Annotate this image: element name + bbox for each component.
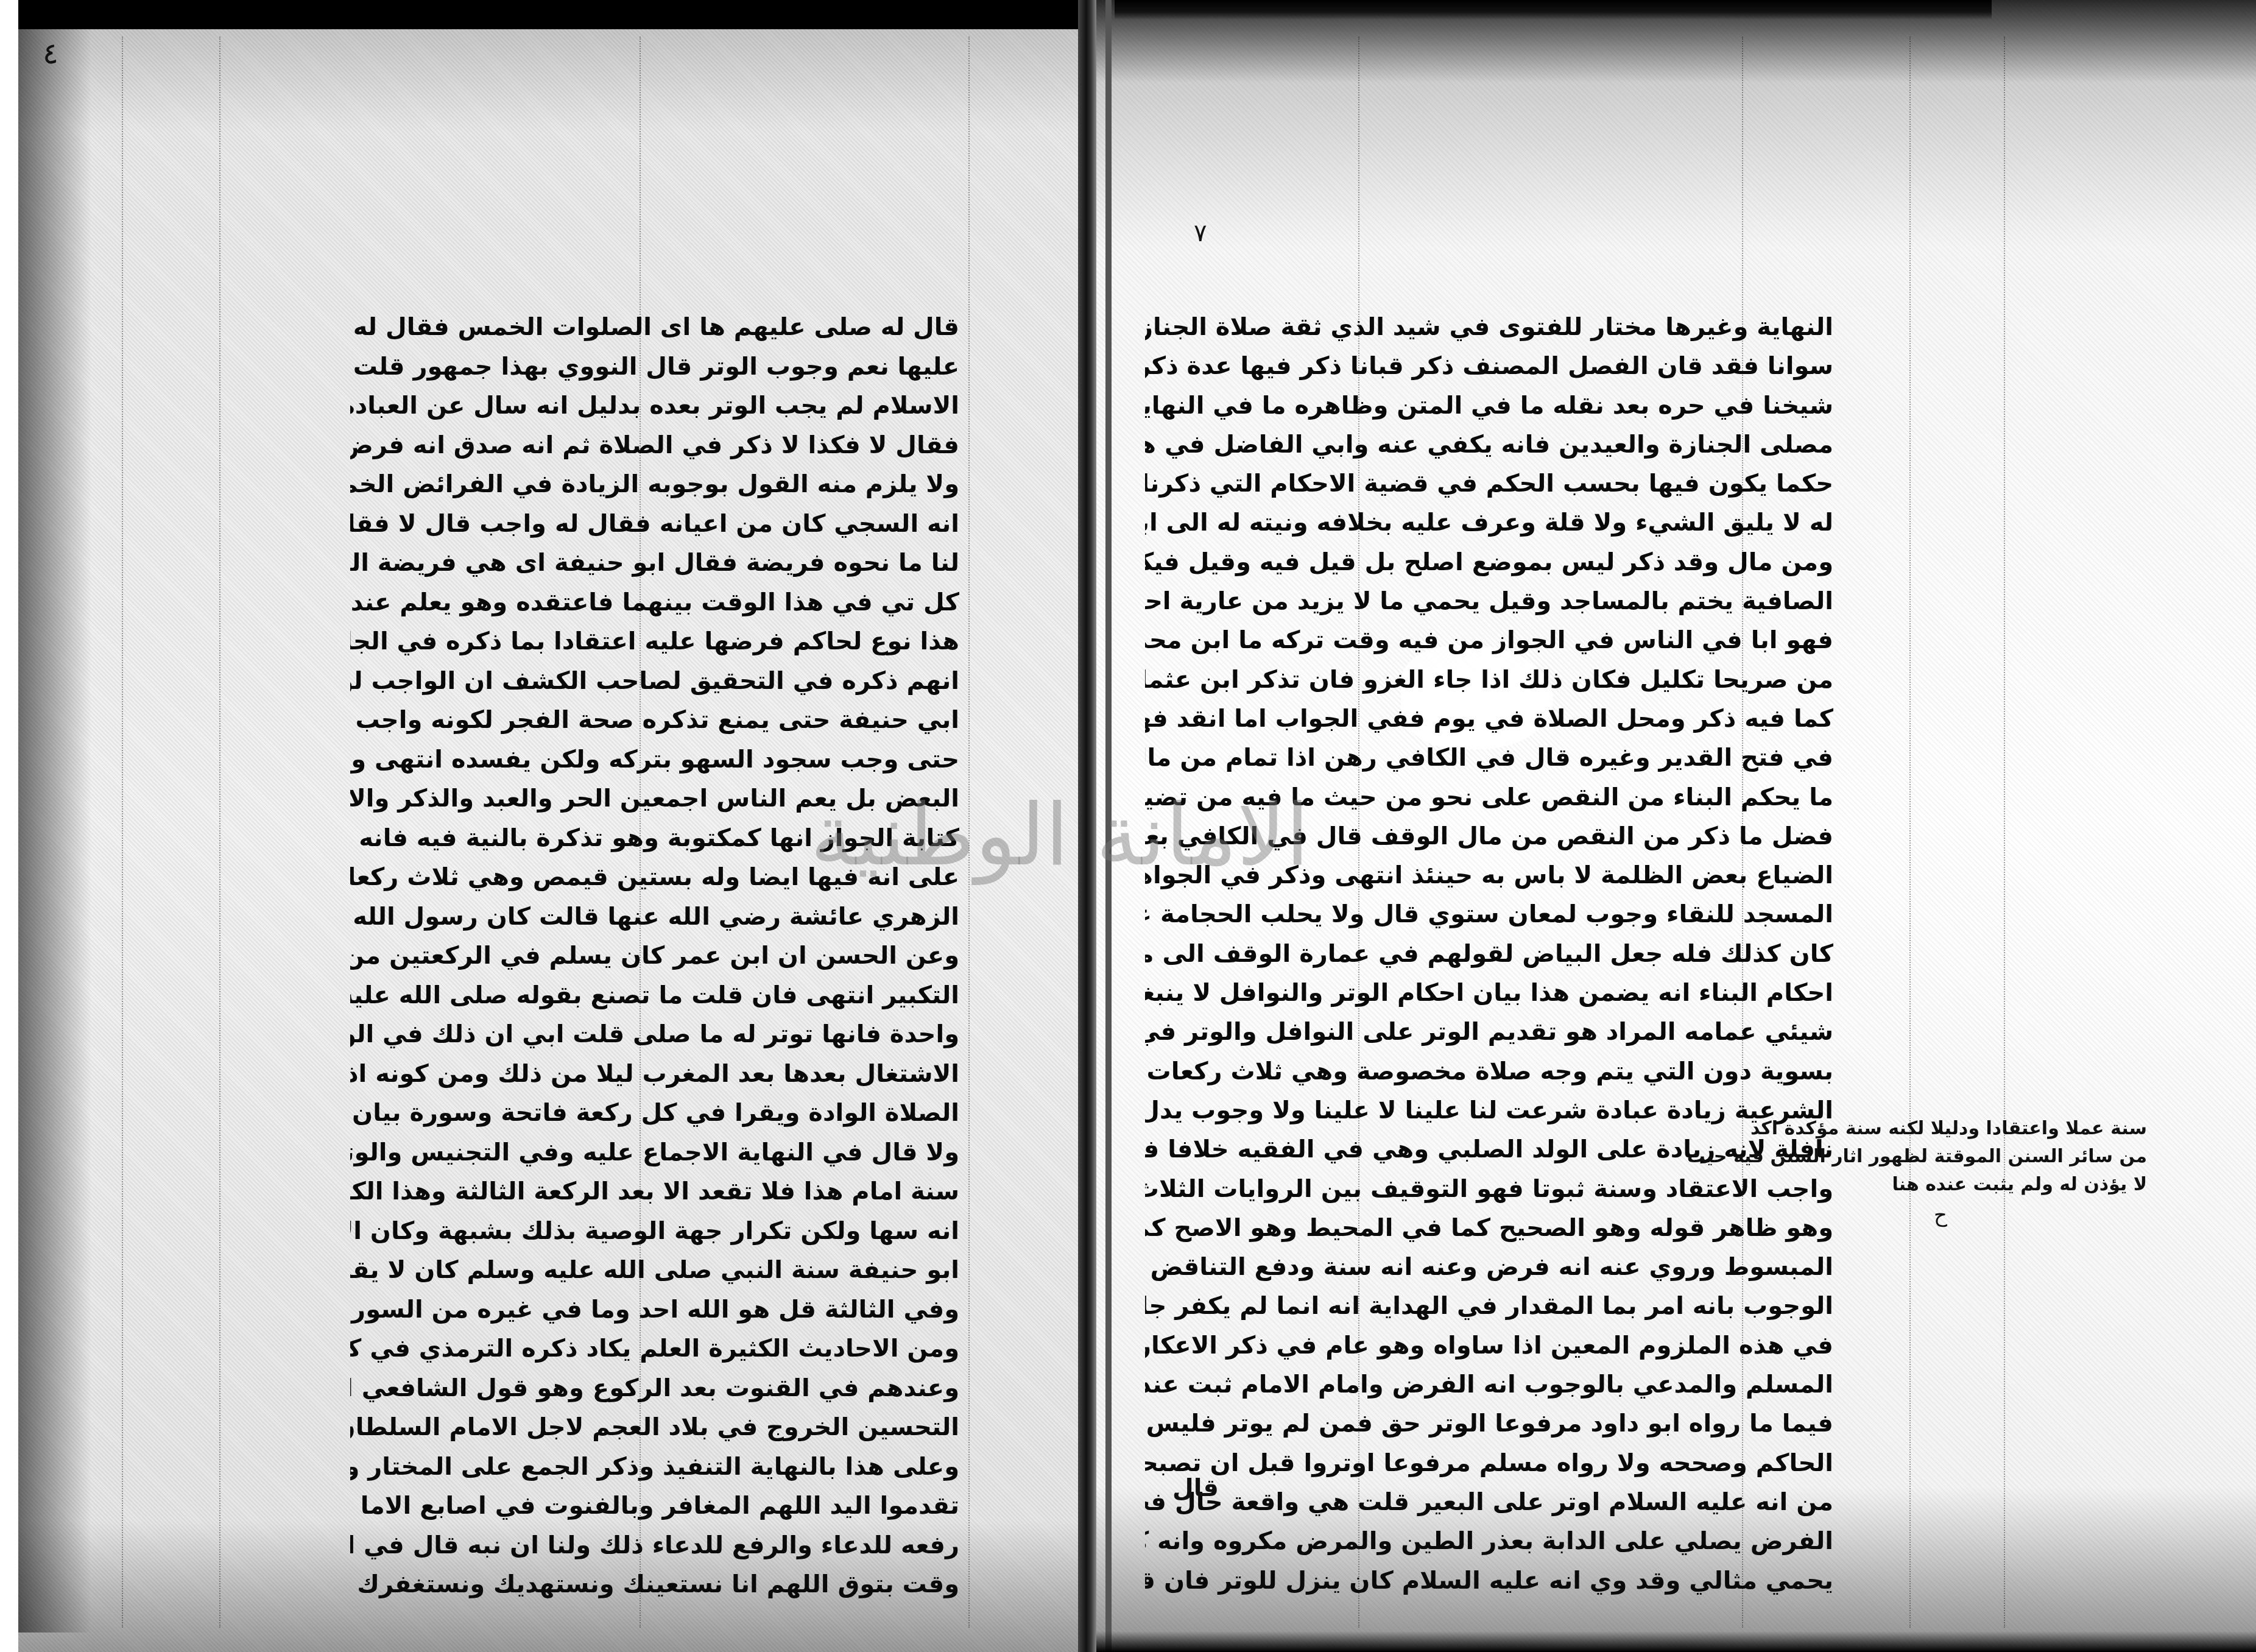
ruling-line (122, 37, 124, 1628)
text-line: الصافية يختم بالمساجد وقيل يحمي ما لا يز… (1145, 582, 1833, 621)
text-line: المسلم والمدعي بالوجوب انه الفرض وامام ا… (1145, 1365, 1833, 1404)
marginal-note-line: من سائر السنن الموقتة لظهور اثار السنن ف… (1879, 1143, 2147, 1171)
text-line: سنة امام هذا فلا تقعد الا بعد الركعة الث… (350, 1172, 959, 1212)
text-line: الحاكم وصححه ولا رواه مسلم مرفوعا اوتروا… (1145, 1444, 1833, 1483)
text-line: واجب الاعتقاد وسنة ثبوتا فهو التوقيف بين… (1145, 1170, 1833, 1209)
page-edge-shadow (18, 24, 91, 1633)
text-line: قال له صلى عليهم ها اى الصلوات الخمس فقا… (350, 308, 959, 347)
text-line: كان كذلك فله جعل البياض لقولهم في عمارة … (1145, 934, 1833, 973)
left-page-text: قال له صلى عليهم ها اى الصلوات الخمس فقا… (350, 308, 959, 1604)
text-line: هذا نوع لحاكم فرضها عليه اعتقادا بما ذكر… (350, 622, 959, 662)
text-line: المبسوط وروي عنه انه فرض وعنه انه سنة ود… (1145, 1248, 1833, 1287)
text-line: من صريحا تكليل فكان ذلك اذا جاء الغزو فا… (1145, 660, 1833, 699)
scan-top-border-right (1115, 0, 1992, 19)
ruling-line (219, 37, 221, 1628)
text-line: الوجوب بانه امر بما المقدار في الهداية ا… (1145, 1287, 1833, 1325)
ruling-line (2004, 37, 2006, 1628)
catchword: قال (1172, 1474, 1219, 1502)
right-page-text: النهاية وغيرها مختار للفتوى في شيد الذي … (1145, 308, 1833, 1600)
text-line: فهو ابا في الناس في الجواز من فيه وقت تر… (1145, 621, 1833, 660)
text-line: الصلاة الوادة ويقرا في كل ركعة فاتحة وسو… (350, 1093, 959, 1133)
text-line: المسجد للنقاء وجوب لمعان ستوي قال ولا يح… (1145, 895, 1833, 934)
text-line: وعلى هذا بالنهاية التنفيذ وذكر الجمع على… (350, 1447, 959, 1487)
text-line: ولا يلزم منه القول بوجوبه الزيادة في الف… (350, 465, 959, 504)
text-line: الفرض يصلي على الدابة بعذر الطين والمرض … (1145, 1522, 1833, 1561)
text-line: شيئي عمامه المراد هو تقديم الوتر على الن… (1145, 1012, 1833, 1051)
text-line: بسوية دون التي يتم وجه صلاة مخصوصة وهي ث… (1145, 1052, 1833, 1091)
text-line: الاسلام لم يجب الوتر بعده بدليل انه سال … (350, 386, 959, 426)
text-line: حكما يكون فيها بحسب الحكم في قضية الاحكا… (1145, 464, 1833, 503)
text-line: له لا يليق الشيء ولا قلة وعرف عليه بخلاف… (1145, 503, 1833, 542)
text-line: وفي الثالثة قل هو الله احد وما في غيره م… (350, 1290, 959, 1330)
text-line: انه سها ولكن تكرار جهة الوصية بذلك بشبهة… (350, 1212, 959, 1251)
text-line: ولا قال في النهاية الاجماع عليه وفي التج… (350, 1133, 959, 1173)
text-line: فقال لا فكذا لا ذكر في الصلاة ثم انه صدق… (350, 426, 959, 465)
text-line: كما فيه ذكر ومحل الصلاة في يوم ففي الجوا… (1145, 699, 1833, 738)
text-line: ومن الاحاديث الكثيرة العلم يكاد ذكره الت… (350, 1329, 959, 1369)
marginal-note-line: لا يؤذن له ولم يثبت عنده هنا (1879, 1171, 2147, 1199)
text-line: من انه عليه السلام اوتر على البعير قلت ه… (1145, 1483, 1833, 1522)
text-line: حتى وجب سجود السهو بتركه ولكن يفسده انته… (350, 740, 959, 780)
manuscript-scan: ٤ ٧ قال له صلى عليهم ها اى الصلوات الخمس… (0, 0, 2256, 1652)
text-line: شيخنا في حره بعد نقله ما في المتن وظاهره… (1145, 386, 1833, 425)
text-line: التحسين الخروج في بلاد العجم لاجل الامام… (350, 1408, 959, 1447)
text-line: في فتح القدير وغيره قال في الكافي رهن اذ… (1145, 738, 1833, 777)
scan-left-margin (0, 0, 18, 1652)
text-line: الشرعية زيادة عبادة شرعت لنا علينا لا عل… (1145, 1091, 1833, 1130)
text-line: كل تي في هذا الوقت بينهما فاعتقده وهو يع… (350, 583, 959, 623)
text-line: وعن الحسن ان ابن عمر كان يسلم في الركعتي… (350, 936, 959, 976)
text-line: الاشتغال بعدها بعد المغرب ليلا من ذلك وم… (350, 1054, 959, 1094)
text-line: رفعه للدعاء والرفع للدعاء ذلك ولنا ان نب… (350, 1526, 959, 1566)
text-line: النهاية وغيرها مختار للفتوى في شيد الذي … (1145, 308, 1833, 347)
text-line: فيما ما رواه ابو داود مرفوعا الوتر حق فم… (1145, 1404, 1833, 1443)
left-folio-mark: ٤ (43, 37, 58, 71)
marginal-note: سنة عملا واعتقادا ودليلا لكنه سنة مؤكدة … (1879, 1115, 2147, 1199)
text-line: في هذه الملزوم المعين اذا ساواه وهو عام … (1145, 1326, 1833, 1365)
text-line: وقت بتوق اللهم انا نستعينك ونستهديك ونست… (350, 1565, 959, 1604)
marginal-note-mark: ح (1934, 1203, 1947, 1227)
text-line: لنا ما نحوه فريضة فقال ابو حنيفة اى هي ف… (350, 543, 959, 583)
text-line: ومن مال وقد ذكر ليس بموضع اصلح بل قيل في… (1145, 543, 1833, 582)
marginal-note-line: سنة عملا واعتقادا ودليلا لكنه سنة مؤكدة … (1879, 1115, 2147, 1143)
text-line: عليها نعم وجوب الوتر قال النووي بهذا جمه… (350, 347, 959, 387)
text-line: ابي حنيفة حتى يمنع تذكره صحة الفجر لكونه… (350, 701, 959, 740)
text-line: احكام البناء انه يضمن هذا بيان احكام الو… (1145, 973, 1833, 1012)
right-folio-mark: ٧ (1194, 219, 1207, 247)
text-line: الزهري عائشة رضي الله عنها قالت كان رسول… (350, 897, 959, 937)
ruling-line (1909, 37, 1911, 1628)
text-line: تقدموا اليد اللهم المغافر وبالفنوت في اص… (350, 1486, 959, 1526)
text-line: ابو حنيفة سنة النبي صلى الله عليه وسلم ك… (350, 1251, 959, 1290)
watermark: الامانة الوطنية (810, 786, 1310, 885)
text-line: انهم ذكره في التحقيق لصاحب الكشف ان الوا… (350, 662, 959, 701)
text-line: وهو ظاهر قوله وهو الصحيح كما في المحيط و… (1145, 1209, 1833, 1248)
text-line: يحمي مثالي وقد وي انه عليه السلام كان ين… (1145, 1561, 1833, 1600)
scan-bottom-border (1096, 1631, 2256, 1652)
text-line: مصلى الجنازة والعيدين فانه يكفي عنه وابي… (1145, 425, 1833, 464)
text-line: واحدة فانها توتر له ما صلى قلت ابي ان ذل… (350, 1015, 959, 1054)
text-line: انه السجي كان من اعيانه فقال له واجب قال… (350, 504, 959, 544)
text-line: سوانا فقد قان الفصل المصنف ذكر قبانا ذكر… (1145, 347, 1833, 386)
text-line: وعندهم في القنوت بعد الركوع وهو قول الشا… (350, 1369, 959, 1408)
text-line: التكبير انتهى فان قلت ما تصنع بقوله صلى … (350, 976, 959, 1015)
